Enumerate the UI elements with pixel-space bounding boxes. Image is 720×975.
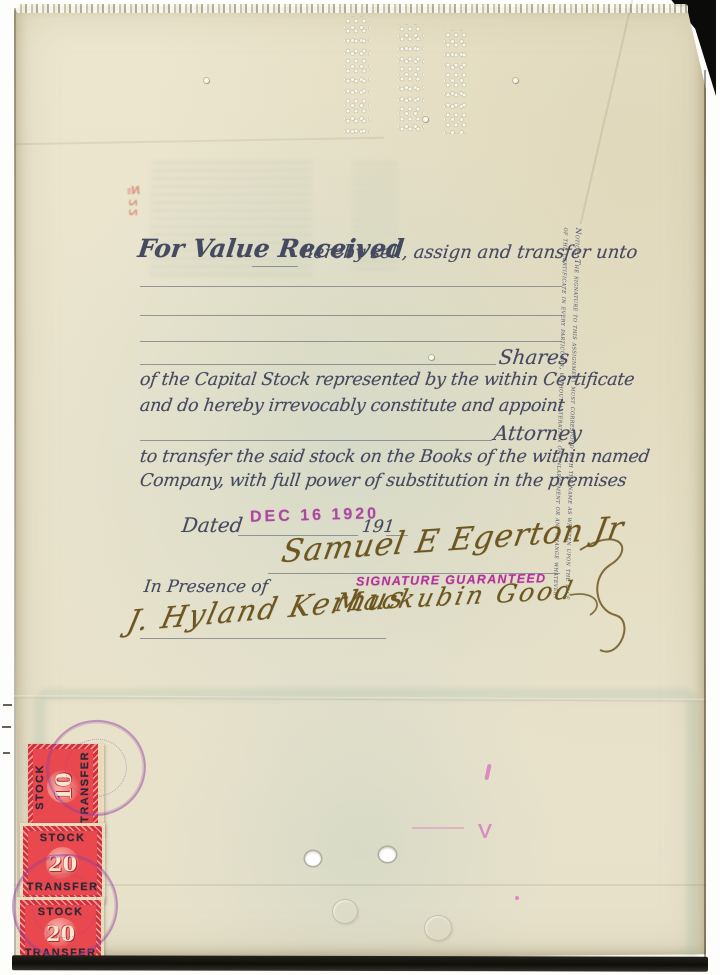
perforated-top-edge — [16, 4, 688, 13]
pin-hole — [513, 78, 518, 83]
blank-line-1 — [140, 286, 562, 287]
ink-dot — [515, 896, 519, 900]
ink-streak — [412, 827, 464, 829]
stamp-word-top: STOCK — [35, 764, 46, 810]
stamp-word-top: STOCK — [40, 833, 86, 844]
blank-line-short — [252, 266, 298, 267]
pin-hole — [204, 78, 209, 83]
scan-edge-mark — [3, 704, 12, 706]
scan-edge-mark — [3, 752, 10, 754]
punch-cancel-column — [398, 24, 424, 136]
scanned-stock-certificate-back: №22 For Value Received hereby sell, assi… — [0, 0, 720, 975]
shares-blank-line — [140, 364, 496, 365]
punch-hole — [305, 851, 321, 866]
dated-label: Dated — [181, 513, 245, 537]
constitute-appoint-text: and do hereby irrevocably constitute and… — [139, 396, 566, 416]
paper-bottom-shadow — [12, 955, 708, 971]
witness-signature-line — [140, 638, 386, 639]
date-stamp: DEC 16 1920 — [250, 505, 379, 526]
fold-crease — [14, 884, 706, 886]
embossed-ring — [424, 915, 452, 941]
transfer-unto-text: hereby sell, assign and transfer unto — [301, 242, 639, 263]
embossed-ring — [332, 899, 358, 924]
punch-cancel-column — [444, 30, 468, 134]
punch-cancel-column — [344, 16, 370, 136]
pin-hole — [429, 355, 434, 360]
punch-hole — [379, 847, 396, 862]
blank-line-2 — [140, 315, 562, 316]
signature-flourish — [560, 520, 670, 670]
pin-hole — [423, 117, 428, 122]
paper-right-edge-shadow — [704, 70, 706, 958]
paper-left-edge — [14, 8, 16, 956]
show-through-serial-number: №22 — [128, 184, 144, 240]
attorney-blank-line — [140, 440, 492, 441]
scan-edge-mark — [2, 726, 11, 728]
blank-line-3 — [140, 341, 562, 342]
show-through-border-frame — [34, 688, 698, 968]
